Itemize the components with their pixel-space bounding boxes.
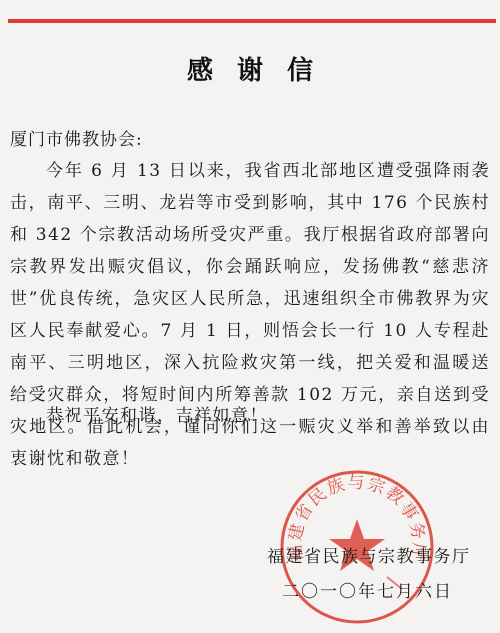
letter-date: 二〇一〇年七月六日 xyxy=(282,577,453,602)
signature-issuer: 福建省民族与宗教事务厅 xyxy=(267,542,471,567)
letter-body: 今年 6 月 13 日以来，我省西北部地区遭受强降雨袭击，南平、三明、龙岩等市受… xyxy=(10,155,490,475)
salutation: 厦门市佛教协会: xyxy=(10,125,143,150)
body-paragraph: 今年 6 月 13 日以来，我省西北部地区遭受强降雨袭击，南平、三明、龙岩等市受… xyxy=(10,155,490,475)
letter-page: 感谢信 厦门市佛教协会: 今年 6 月 13 日以来，我省西北部地区遭受强降雨袭… xyxy=(0,0,500,633)
letter-title: 感谢信 xyxy=(0,50,500,87)
header-red-rule xyxy=(8,19,496,23)
closing-greeting: 恭祝平安和谐，吉祥如意！ xyxy=(46,401,268,426)
